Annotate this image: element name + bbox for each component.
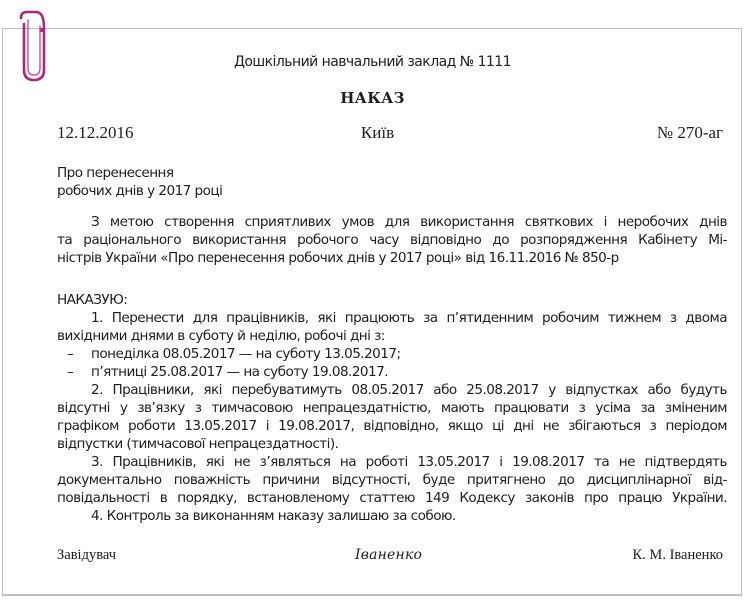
signatory-name: К. М. Іваненко [633,546,724,564]
item-2-line: відсутні у зв’язку з тимчасовою непрацез… [57,399,727,417]
item-2-line: графіком роботи 13.05.2017 і 19.08.2017,… [57,417,727,435]
item-3-line: документально поважність причини відсутн… [57,471,727,489]
preamble: З метою створення сприятливих умов для в… [57,213,727,267]
preamble-line: З метою створення сприятливих умов для в… [57,213,727,231]
document-number: № 270-аг [657,124,723,142]
document-title: НАКАЗ [0,89,745,107]
item-2-line: відпустки (тимчасової непрацездатності). [57,435,727,453]
preamble-line: ністрів України «Про перенесення робочих… [57,249,727,267]
transfer-item: –понеділка 08.05.2017 — на суботу 13.05.… [57,345,727,363]
item-1-line: вихідними днями в суботу й неділю, робоч… [57,327,727,345]
dash-marker: – [67,345,91,363]
signature-role: Завідувач [57,546,116,564]
subject-line: Про перенесення [57,163,222,181]
item-4-line: 4. Контроль за виконанням наказу залишаю… [57,507,727,525]
document-subject: Про перенесення робочих днів у 2017 році [57,163,222,199]
transfer-text: понеділка 08.05.2017 — на суботу 13.05.2… [91,346,401,362]
subject-line: робочих днів у 2017 році [57,181,222,199]
transfer-item: –п’ятниці 25.08.2017 — на суботу 19.08.2… [57,363,727,381]
paperclip-icon [14,8,50,84]
item-3-line: 3. Працівників, які не з’являться на роб… [57,453,727,471]
order-section: НАКАЗУЮ: 1. Перенести для працівників, я… [57,291,727,525]
institution-name: Дошкільний навчальний заклад № 1111 [0,53,745,71]
order-word: НАКАЗУЮ: [57,291,727,309]
preamble-line: та раціонального використання робочого ч… [57,231,727,249]
dash-marker: – [67,363,91,381]
transfer-text: п’ятниці 25.08.2017 — на суботу 19.08.20… [91,364,388,380]
document-city: Київ [0,124,745,142]
handwritten-signature: Іваненко [355,546,422,564]
item-2-line: 2. Працівники, які перебуватимуть 08.05.… [57,381,727,399]
item-1-line: 1. Перенести для працівників, які працюю… [57,309,727,327]
item-3-line: повідальності в порядку, встановленому с… [57,489,727,507]
